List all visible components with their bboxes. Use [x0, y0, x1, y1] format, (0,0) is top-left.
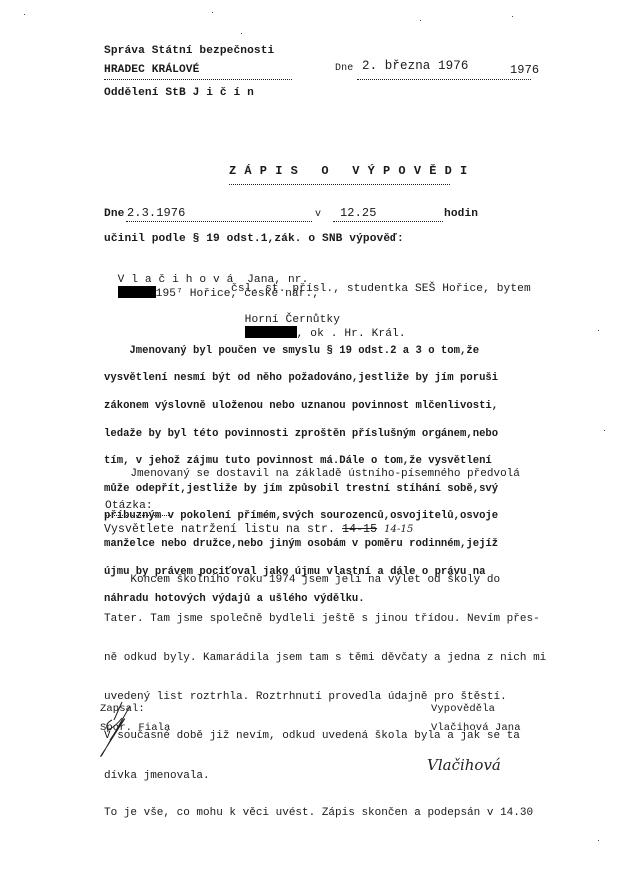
pages-handwritten: 14-15: [384, 524, 413, 535]
person-line-2: čsl. st. přísl., studentka SEŠ Hořice, b…: [231, 283, 531, 295]
scan-speck: [598, 840, 599, 841]
question-body: Vysvětlete natržení listu na str.: [104, 523, 335, 536]
instruction-line: zákonem výslovně uloženou nebo uznanou p…: [104, 400, 498, 414]
org-city: HRADEC KRÁLOVÉ: [104, 64, 199, 76]
scan-speck: [420, 20, 421, 21]
answer-line: Tater. Tam jsme společně bydleli ještě s…: [104, 610, 546, 630]
testified-name: Vlačihová Jana: [431, 722, 521, 734]
instruction-line: tím, v jehož zájmu tuto povinnost má.Dál…: [104, 455, 498, 469]
date-underline: [357, 79, 531, 80]
time-value: 12.25: [340, 206, 377, 220]
summons-line: Jmenovaný se dostavil na základě ústního…: [104, 468, 520, 482]
scan-speck: [598, 330, 599, 331]
org-name: Správa Státní bezpečnosti: [104, 45, 274, 57]
recorder-signature-scribble: [92, 700, 142, 760]
question-text: Vysvětlete natržení listu na str. 14-15 …: [104, 523, 413, 536]
instruction-line: vysvětlení nesmí být od něho požadováno,…: [104, 372, 498, 386]
instruction-line: může odepřít,jestliže by jím způsobil tr…: [104, 483, 498, 497]
answer-line: To je vše, co mohu k věci uvést. Zápis s…: [104, 804, 546, 824]
dne-underline: [126, 221, 312, 222]
scan-speck: [212, 12, 213, 13]
testified-label: Vypověděla: [431, 703, 495, 715]
handwritten-signature: Vlačihová: [427, 756, 501, 774]
hodin-label: hodin: [444, 208, 478, 220]
answer-line: ně odkud byly. Kamarádila jsem tam s těm…: [104, 649, 546, 669]
year-right: 1976: [510, 63, 539, 77]
org-underline: [104, 79, 292, 80]
scan-speck: [604, 430, 605, 431]
question-label-underline: [105, 515, 169, 516]
instruction-line: ledaže by byl této povinnosti zproštěn p…: [104, 428, 498, 442]
date-prefix: Dne: [335, 63, 353, 74]
instruction-line: Jmenovaný byl poučen ve smyslu § 19 odst…: [104, 345, 498, 359]
org-department: Oddělení StB J i č í n: [104, 87, 254, 99]
answer-line: Koncem školního roku 1974 jsem jeli na v…: [104, 571, 546, 591]
pages-struck: 14-15: [342, 523, 377, 536]
scan-speck: [241, 33, 242, 34]
instruction-line: manželce nebo družce,nebo jiným osobám v…: [104, 538, 498, 552]
document-title: Z Á P I S O V Ý P O V Ě D I: [229, 164, 468, 178]
dne-value: 2.3.1976: [127, 206, 185, 220]
question-label: Otázka:: [105, 500, 153, 512]
dne-label: Dne: [104, 208, 124, 220]
v-label: v: [315, 209, 321, 220]
statement-line: učinil podle § 19 odst.1,zák. o SNB výpo…: [104, 233, 404, 245]
scan-speck: [24, 14, 25, 15]
person-address: Horní Černůtky: [245, 314, 340, 326]
redacted-birthdate: [118, 286, 156, 298]
time-underline: [333, 221, 443, 222]
scan-speck: [512, 16, 513, 17]
title-underline: [229, 184, 450, 185]
date-value: 2. března 1976: [362, 59, 468, 73]
answer-text: Koncem školního roku 1974 jsem jeli na v…: [104, 551, 546, 843]
